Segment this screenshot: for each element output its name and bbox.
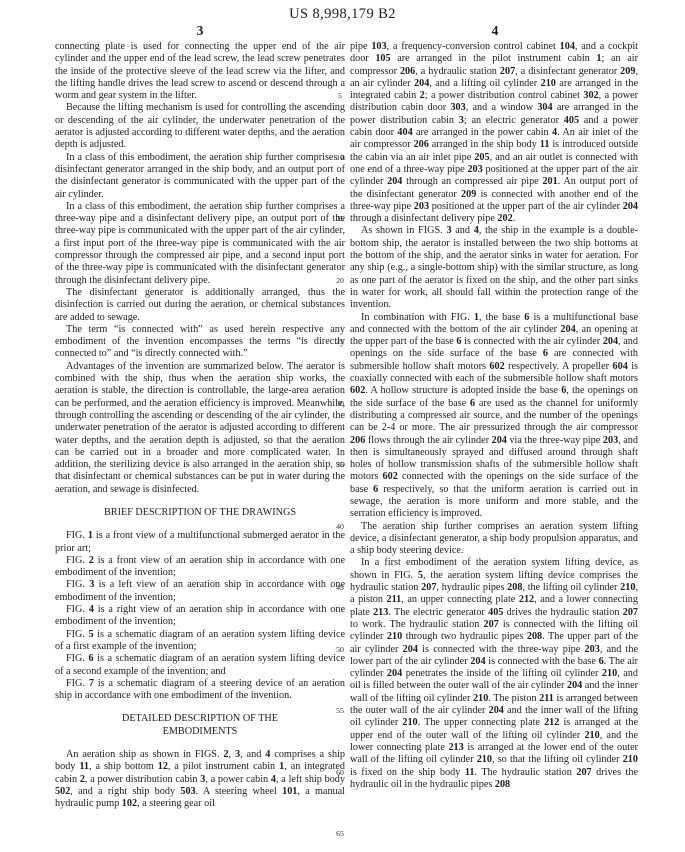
line-number: 25 <box>332 336 348 348</box>
right-text-column: pipe 103, a frequency-conversion control… <box>350 41 638 791</box>
paragraph: In combination with FIG. 1, the base 6 i… <box>350 312 638 521</box>
paragraph: The term “is connected with” as used her… <box>55 324 345 361</box>
line-number: 5 <box>332 90 348 102</box>
patent-number-header: US 8,998,179 B2 <box>0 6 685 23</box>
paragraph: Advantages of the invention are summariz… <box>55 361 345 496</box>
paragraph: FIG. 5 is a schematic diagram of an aera… <box>55 629 345 654</box>
line-number: 55 <box>332 705 348 717</box>
paragraph: pipe 103, a frequency-conversion control… <box>350 41 638 225</box>
paragraph: An aeration ship as shown in FIGS. 2, 3,… <box>55 749 345 810</box>
line-number: 50 <box>332 644 348 656</box>
line-number: 15 <box>332 213 348 225</box>
paragraph: FIG. 4 is a right view of an aeration sh… <box>55 604 345 629</box>
paragraph: Because the lifting mechanism is used fo… <box>55 102 345 151</box>
line-number: 60 <box>332 767 348 779</box>
paragraph: FIG. 2 is a front view of an aeration sh… <box>55 555 345 580</box>
line-number: 10 <box>332 152 348 164</box>
patent-page: US 8,998,179 B2 3 4 connecting plate is … <box>0 0 685 852</box>
paragraph: The aeration ship further comprises an a… <box>350 521 638 558</box>
paragraph: In a class of this embodiment, the aerat… <box>55 152 345 201</box>
line-number: 20 <box>332 275 348 287</box>
line-number: 40 <box>332 521 348 533</box>
paragraph: FIG. 7 is a schematic diagram of a steer… <box>55 678 345 703</box>
paragraph: In a class of this embodiment, the aerat… <box>55 201 345 287</box>
paragraph: connecting plate is used for connecting … <box>55 41 345 102</box>
line-number: 65 <box>332 828 348 840</box>
paragraph: The disinfectant generator is additional… <box>55 287 345 324</box>
line-number: 30 <box>332 398 348 410</box>
column-page-number-4: 4 <box>350 23 640 39</box>
paragraph: As shown in FIGS. 3 and 4, the ship in t… <box>350 225 638 311</box>
left-text-column: connecting plate is used for connecting … <box>55 41 345 811</box>
paragraph: In a first embodiment of the aeration sy… <box>350 557 638 791</box>
line-number: 45 <box>332 582 348 594</box>
paragraph: FIG. 1 is a front view of a multifunctio… <box>55 530 345 555</box>
section-heading: BRIEF DESCRIPTION OF THE DRAWINGS <box>55 507 345 519</box>
column-page-number-3: 3 <box>55 23 345 39</box>
line-number: 35 <box>332 459 348 471</box>
paragraph: FIG. 3 is a left view of an aeration shi… <box>55 579 345 604</box>
paragraph: FIG. 6 is a schematic diagram of an aera… <box>55 653 345 678</box>
section-heading: DETAILED DESCRIPTION OF THE EMBODIMENTS <box>55 713 345 738</box>
